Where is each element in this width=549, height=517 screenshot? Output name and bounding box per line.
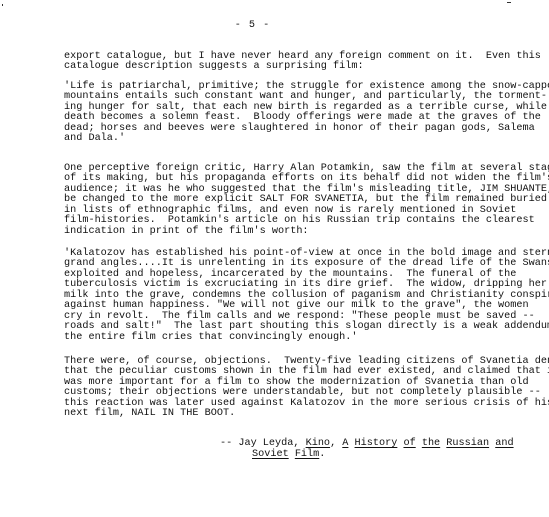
citation-title-continued: Soviet Film — [252, 449, 319, 460]
citation-line-1: -- Jay Leyda, Kino, A History of the Rus… — [220, 439, 514, 449]
citation-work-kino: Kino — [306, 438, 330, 449]
document-page: - 5 - export catalogue, but I have never… — [0, 0, 549, 517]
scan-mark — [507, 2, 511, 3]
citation-line-2: Soviet Film. — [252, 450, 325, 460]
text-line: roads and salt!" The last part shouting … — [64, 322, 534, 332]
paragraph-objections: There were, of course, objections. Twent… — [64, 357, 534, 420]
citation-title-word: A — [342, 438, 348, 449]
citation-title-word: Russian — [446, 438, 489, 449]
citation-title-word: Film — [295, 449, 319, 460]
citation-title-word: History — [355, 438, 398, 449]
citation-prefix: -- Jay Leyda, — [220, 438, 306, 449]
quote-potamkin: 'Kalatozov has established his point-of-… — [64, 249, 534, 343]
citation-end: . — [319, 449, 325, 460]
text-line: indication in print of the film's worth: — [64, 227, 534, 237]
paragraph-potamkin: One perceptive foreign critic, Harry Ala… — [64, 164, 534, 237]
citation-title-word: Soviet — [252, 449, 289, 460]
citation-title-word: and — [495, 438, 513, 449]
citation-title: A History of the Russian and — [342, 438, 513, 449]
scan-mark — [2, 4, 3, 6]
text-line: the entire film cries that convincingly … — [64, 333, 534, 343]
quote-catalogue: 'Life is patriarchal, primitive; the str… — [64, 82, 534, 145]
page-number: - 5 - — [0, 21, 505, 31]
text-line: dead; horses and beeves were slaughtered… — [64, 124, 534, 134]
citation-title-word: of — [403, 438, 415, 449]
text-line: catalogue description suggests a surpris… — [64, 62, 534, 72]
paragraph-intro: export catalogue, but I have never heard… — [64, 52, 534, 73]
citation-title-word: the — [422, 438, 440, 449]
text-line: and Dala.' — [64, 134, 534, 144]
citation-separator: , — [330, 438, 342, 449]
text-line: next film, NAIL IN THE BOOT. — [64, 409, 534, 419]
